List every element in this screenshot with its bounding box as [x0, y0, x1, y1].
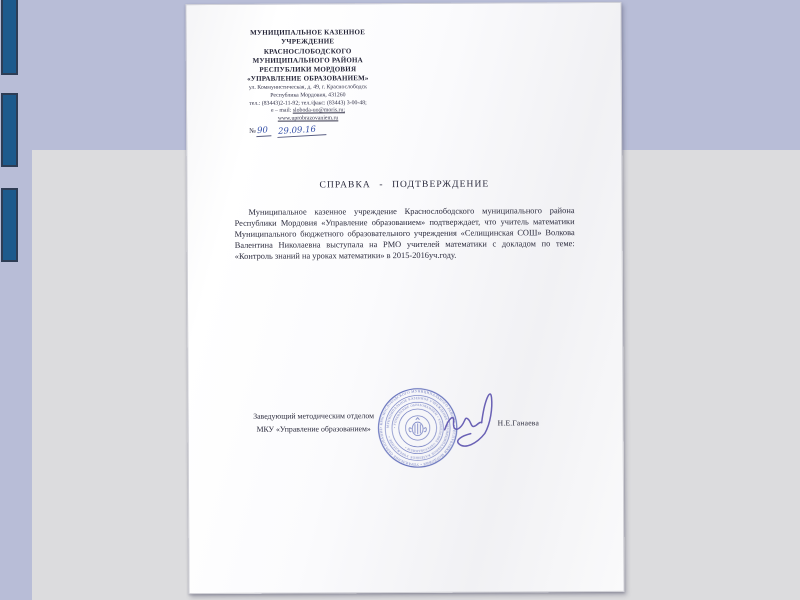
- document-title: СПРАВКА - ПОДТВЕРЖДЕНИЕ: [187, 179, 621, 191]
- website-url: www.uprobrazovaniem.ru: [278, 115, 339, 121]
- handwritten-date: 29.09.16: [276, 124, 325, 138]
- org-name-line: «УПРАВЛЕНИЕ ОБРАЗОВАНИЕМ»: [205, 74, 411, 84]
- signoff-position-line: Заведующий методическим отделом: [242, 410, 386, 424]
- accent-bar-1: [1, 0, 18, 75]
- signer-name: Н.Е.Ганаева: [498, 418, 539, 427]
- document-page: МУНИЦИПАЛЬНОЕ КАЗЕННОЕ УЧРЕЖДЕНИЕ КРАСНО…: [185, 2, 624, 594]
- handwritten-signature: [440, 379, 512, 451]
- accent-bar-3: [1, 188, 18, 262]
- document-body-paragraph: Муниципальное казенное учреждение Красно…: [235, 206, 575, 262]
- email-label: e – mail:: [271, 108, 291, 114]
- stamp-emblem-icon: [409, 418, 426, 436]
- email-address: sloboda-uo@moris.ru;: [293, 108, 345, 114]
- number-label: №: [249, 127, 256, 135]
- accent-bar-2: [1, 93, 18, 167]
- document-number-line: №9029.09.16: [249, 125, 411, 137]
- letterhead: МУНИЦИПАЛЬНОЕ КАЗЕННОЕ УЧРЕЖДЕНИЕ КРАСНО…: [205, 28, 412, 137]
- handwritten-number: 90: [256, 126, 271, 138]
- signoff-position: Заведующий методическим отделом МКУ «Упр…: [242, 410, 386, 436]
- signoff-position-line: МКУ «Управление образованием»: [242, 423, 386, 437]
- website-line: www.uprobrazovaniem.ru: [205, 115, 411, 123]
